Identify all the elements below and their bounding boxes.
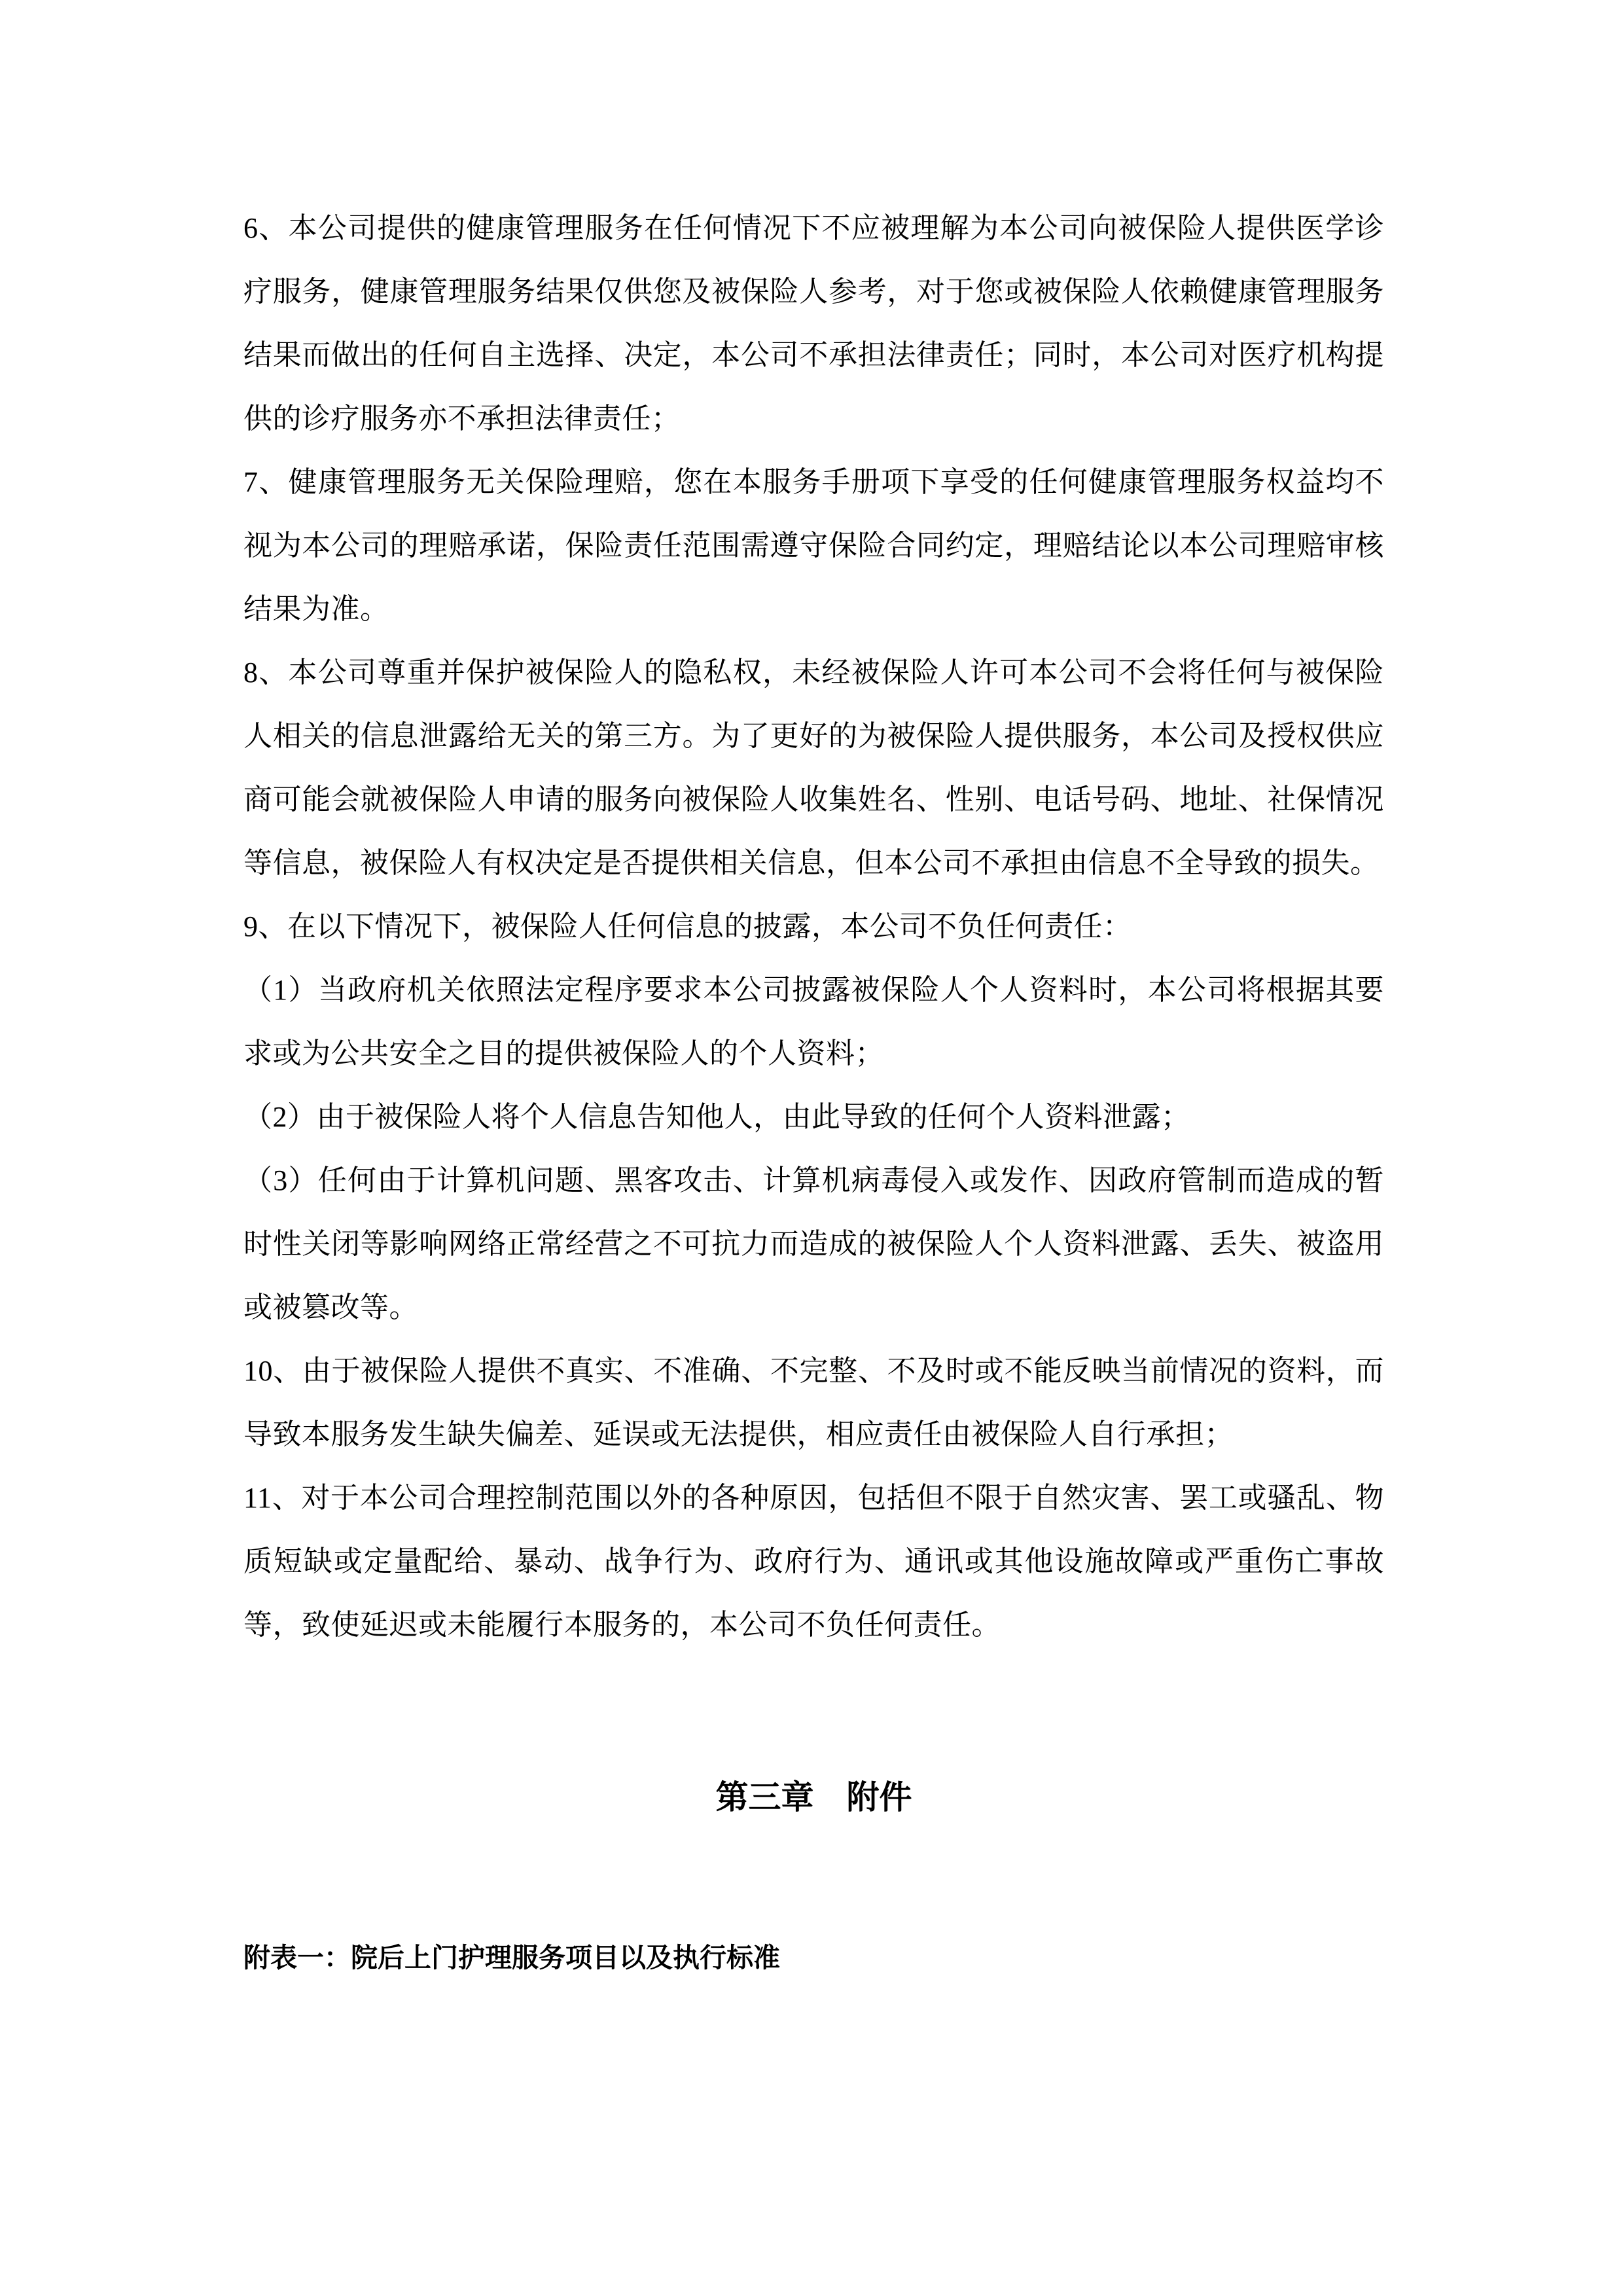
clause-paragraph-9: 9、在以下情况下，被保险人任何信息的披露，本公司不负任何责任： [243,895,1384,958]
document-body: 6、本公司提供的健康管理服务在任何情况下不应被理解为本公司向被保险人提供医学诊疗… [243,196,1384,1977]
clause-subitem-2: （2）由于被保险人将个人信息告知他人，由此导致的任何个人资料泄露； [243,1085,1384,1149]
clause-paragraph-7: 7、健康管理服务无关保险理赔，您在本服务手册项下享受的任何健康管理服务权益均不视… [243,450,1384,641]
document-page: 6、本公司提供的健康管理服务在任何情况下不应被理解为本公司向被保险人提供医学诊疗… [0,0,1623,2296]
clause-paragraph-10: 10、由于被保险人提供不真实、不准确、不完整、不及时或不能反映当前情况的资料，而… [243,1339,1384,1466]
clause-paragraph-6: 6、本公司提供的健康管理服务在任何情况下不应被理解为本公司向被保险人提供医学诊疗… [243,196,1384,450]
clause-subitem-1: （1）当政府机关依照法定程序要求本公司披露被保险人个人资料时，本公司将根据其要求… [243,958,1384,1085]
attachment-table-caption: 附表一：院后上门护理服务项目以及执行标准 [243,1938,1384,1977]
clause-subitem-3: （3）任何由于计算机问题、黑客攻击、计算机病毒侵入或发作、因政府管制而造成的暂时… [243,1149,1384,1339]
chapter-heading: 第三章 附件 [243,1765,1384,1830]
clause-paragraph-11: 11、对于本公司合理控制范围以外的各种原因，包括但不限于自然灾害、罢工或骚乱、物… [243,1466,1384,1657]
clause-paragraph-8: 8、本公司尊重并保护被保险人的隐私权，未经被保险人许可本公司不会将任何与被保险人… [243,641,1384,895]
